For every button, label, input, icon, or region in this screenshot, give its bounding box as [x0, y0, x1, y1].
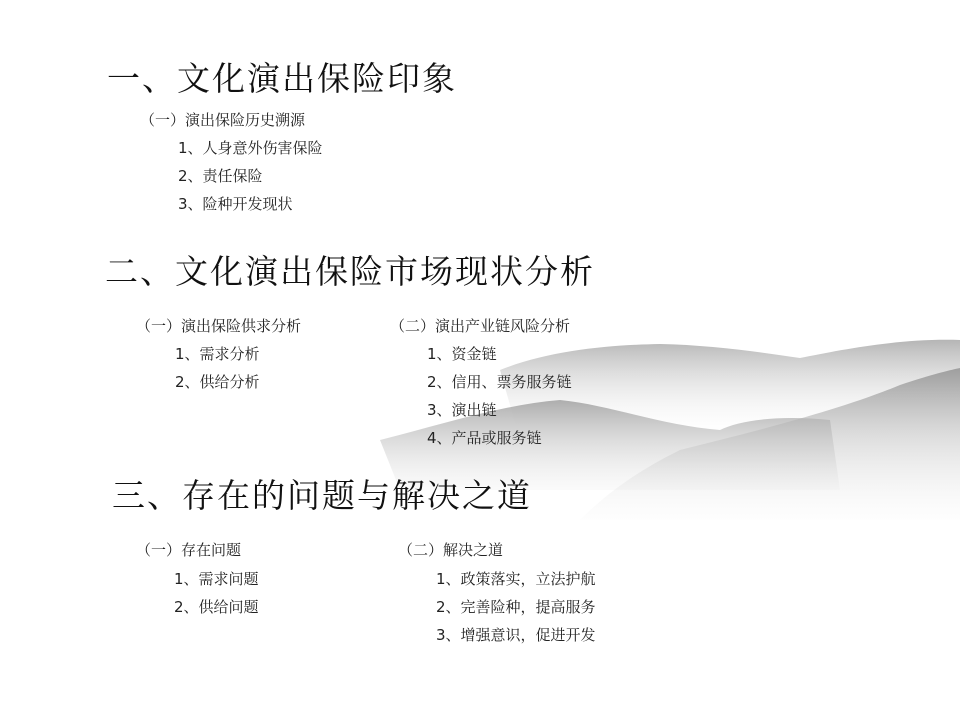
list-item: 1、资金链: [427, 347, 497, 362]
list-item: 1、政策落实，立法护航: [436, 572, 596, 587]
list-item: 1、需求分析: [175, 347, 260, 362]
section-2-heading: 二、文化演出保险市场现状分析: [105, 255, 595, 288]
list-item: 4、产品或服务链: [427, 431, 542, 446]
list-item: 2、责任保险: [178, 169, 263, 184]
list-item: 3、险种开发现状: [178, 197, 293, 212]
list-item: 1、需求问题: [174, 572, 259, 587]
list-item: 3、演出链: [427, 403, 497, 418]
list-item: 2、完善险种，提高服务: [436, 600, 596, 615]
list-item: 2、供给分析: [175, 375, 260, 390]
section-2-group-2-title: （二）演出产业链风险分析: [390, 319, 570, 334]
list-item: 2、信用、票务服务链: [427, 375, 572, 390]
list-item: 2、供给问题: [174, 600, 259, 615]
section-1-group-1-title: （一）演出保险历史溯源: [140, 113, 305, 128]
list-item: 1、人身意外伤害保险: [178, 141, 323, 156]
section-3-group-1-title: （一）存在问题: [136, 543, 241, 558]
section-3-heading: 三、存在的问题与解决之道: [112, 479, 532, 512]
section-2-group-1-title: （一）演出保险供求分析: [136, 319, 301, 334]
section-1-heading: 一、文化演出保险印象: [107, 62, 457, 95]
list-item: 3、增强意识，促进开发: [436, 628, 596, 643]
section-3-group-2-title: （二）解决之道: [398, 543, 503, 558]
